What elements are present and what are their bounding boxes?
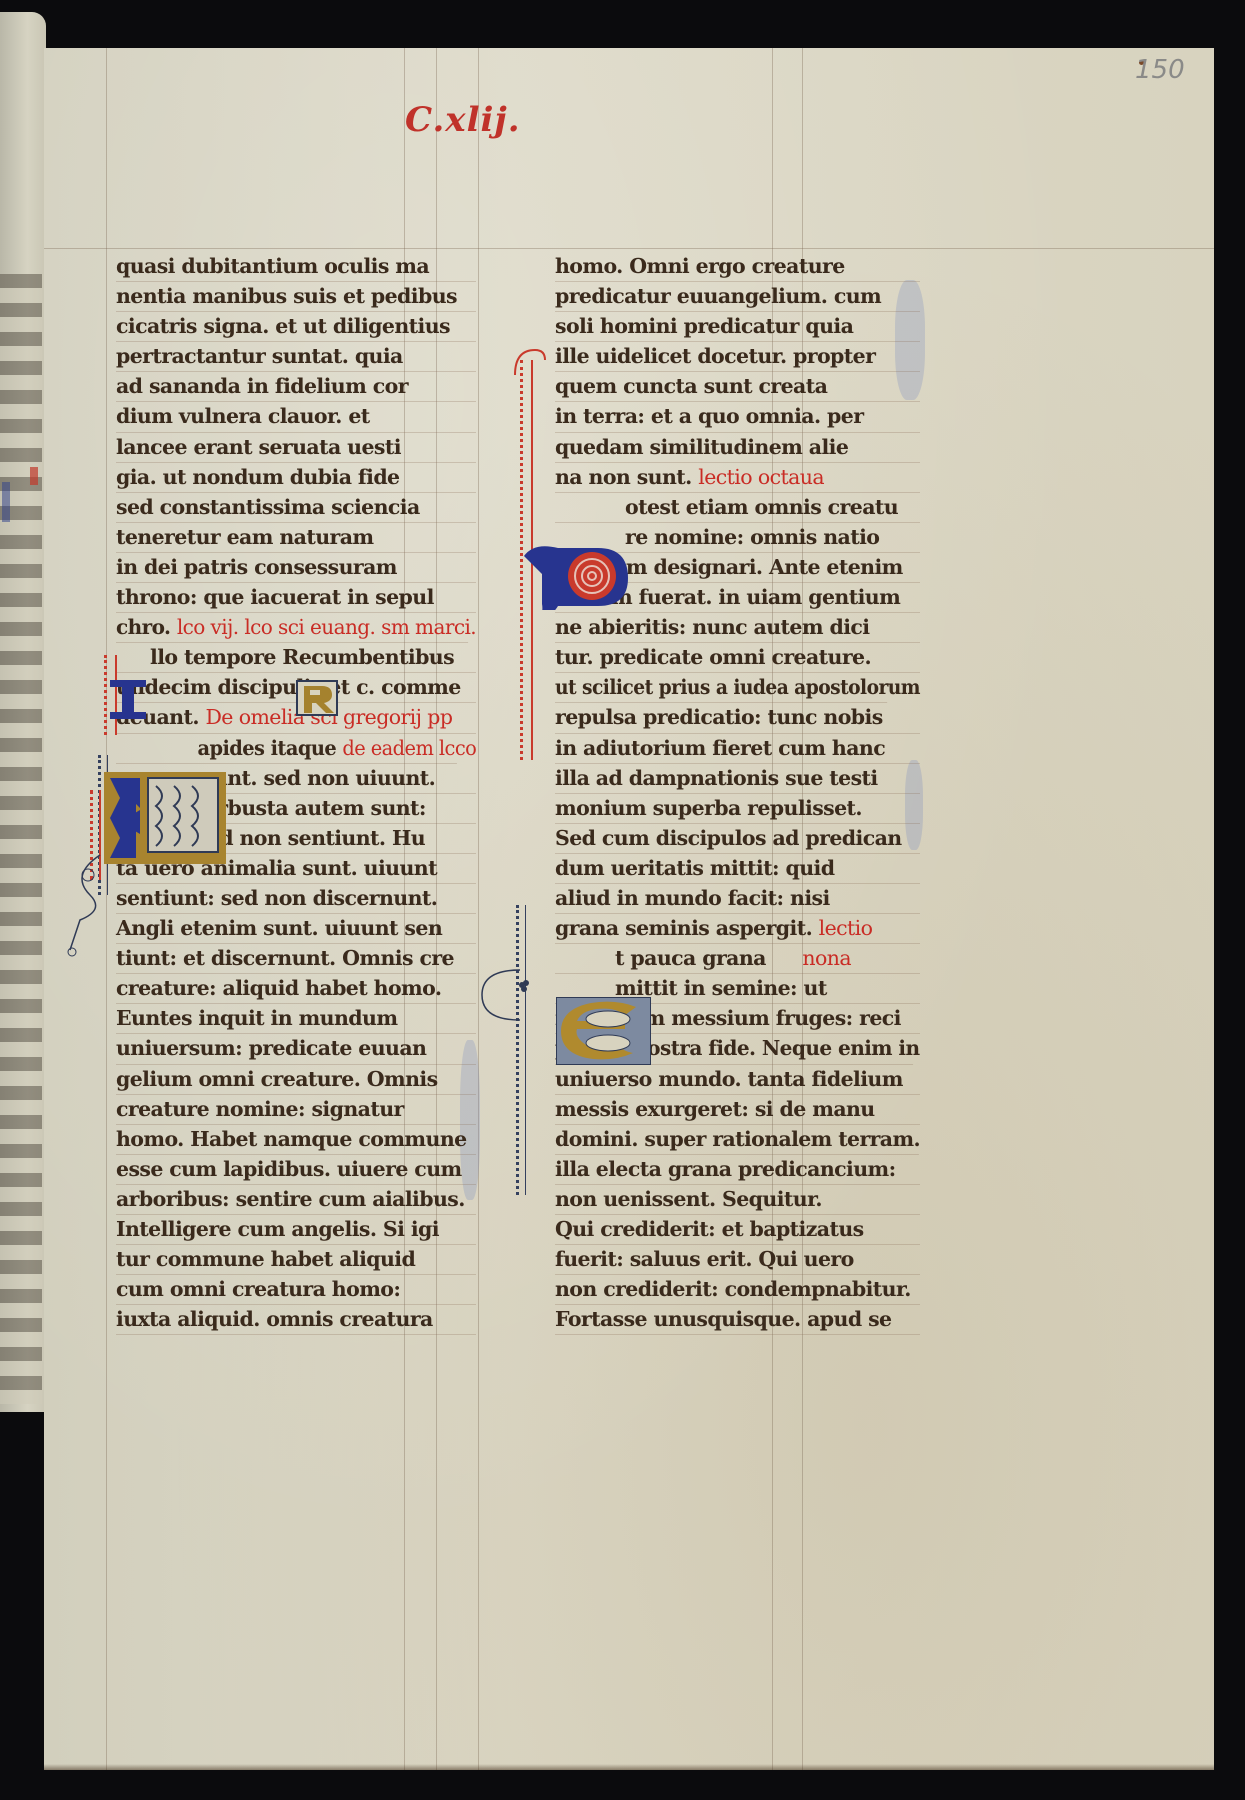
- text-line: creature: aliquid habet homo.: [116, 974, 476, 1004]
- facing-page-edge: [0, 12, 46, 1412]
- text-line: teneretur eam naturam: [116, 523, 476, 553]
- rubric-text: lco vij. lco sci euang. sm marci.: [177, 615, 476, 639]
- text-line: uniuerso mundo. tanta fidelium: [555, 1065, 920, 1095]
- text-line: homo. Omni ergo creature: [555, 252, 920, 282]
- text-line: quasi dubitantium oculis ma: [116, 252, 476, 282]
- text-line: Sed cum discipulos ad predican: [555, 824, 920, 854]
- facing-page-text-bleed: [0, 274, 42, 1404]
- text-line: non crediderit: condempnabitur.: [555, 1275, 920, 1305]
- blue-filigree-icon: [60, 850, 120, 960]
- text-line: in dei patris consessuram: [116, 553, 476, 583]
- text-line: tur. predicate omni creature.: [555, 643, 920, 673]
- text-line: creature nomine: signatur: [116, 1095, 476, 1125]
- text-fragment: grana seminis aspergit.: [555, 916, 812, 940]
- text-line-with-initial: otest etiam omnis creatu: [555, 493, 920, 523]
- text-line: domini. super rationalem terram.: [555, 1125, 919, 1155]
- text-fragment: llo tempore Recumbentibus: [150, 645, 454, 669]
- text-line: throno: que iacuerat in sepul: [116, 583, 476, 613]
- ruling-line: [44, 248, 1214, 249]
- text-line: repulsa predicatio: tunc nobis: [555, 703, 920, 733]
- text-fragment: na non sunt.: [555, 465, 692, 489]
- initial-P-blue: [520, 528, 635, 610]
- blue-filigree-icon: [480, 965, 530, 1025]
- text-fragment: chro.: [116, 615, 170, 639]
- text-line: illa electa grana predicancium:: [555, 1155, 920, 1185]
- red-penwork-flourish-top: [510, 340, 550, 380]
- ruling-line: [478, 48, 479, 1770]
- text-line: sed constantissima sciencia: [116, 493, 476, 523]
- text-line: ut scilicet prius a iudea apostolorum: [555, 673, 887, 703]
- text-line: lancee erant seruata uesti: [116, 433, 476, 463]
- text-line: quedam similitudinem alie: [555, 433, 920, 463]
- text-line: uniuersum: predicate euuan: [116, 1034, 476, 1064]
- text-line: cicatris signa. et ut diligentius: [116, 312, 476, 342]
- text-line: illa ad dampnationis sue testi: [555, 764, 920, 794]
- text-line: pertractantur suntat. quia: [116, 342, 476, 372]
- text-line: quem cuncta sunt creata: [555, 372, 920, 402]
- initial-L-illuminated: [104, 772, 226, 864]
- text-line: nentia manibus suis et pedibus: [116, 282, 476, 312]
- text-fragment: apides itaque: [197, 736, 336, 760]
- leaf-bottom-edge: [44, 1764, 1214, 1770]
- text-line: dum ueritatis mittit: quid: [555, 854, 920, 884]
- text-line: messis exurgeret: si de manu: [555, 1095, 920, 1125]
- facing-page-initial-mark: [2, 482, 10, 522]
- text-line: esse cum lapidibus. uiuere cum: [116, 1155, 476, 1185]
- text-line: tur commune habet aliquid: [116, 1245, 476, 1275]
- rubric-text: nona: [802, 946, 851, 970]
- text-line: in terra: et a quo omnia. per: [555, 402, 920, 432]
- text-line-with-initial: apides itaque de eadem lcco: [116, 734, 457, 764]
- text-line: dium vulnera clauor. et: [116, 402, 476, 432]
- text-line: sentiunt: sed non discernunt.: [116, 884, 476, 914]
- rubric-text: de eadem lcco: [342, 736, 476, 760]
- text-line: arboribus: sentire cum aialibus.: [116, 1185, 476, 1215]
- text-line: iuxta aliquid. omnis creatura: [116, 1305, 476, 1335]
- initial-E-gilded: [556, 997, 651, 1065]
- rubric-line: chro. lco vij. lco sci euang. sm marci.: [116, 613, 468, 643]
- text-line: Angli etenim sunt. uiuunt sen: [116, 914, 476, 944]
- text-line: soli homini predicatur quia: [555, 312, 920, 342]
- text-line: aliud in mundo facit: nisi: [555, 884, 920, 914]
- text-line-with-initial: t pauca grana nona: [555, 944, 920, 974]
- text-line: Qui crediderit: et baptizatus: [555, 1215, 920, 1245]
- text-line: predicatur euuangelium. cum: [555, 282, 920, 312]
- text-line: ille uidelicet docetur. propter: [555, 342, 920, 372]
- text-line: tiunt: et discernunt. Omnis cre: [116, 944, 476, 974]
- initial-I-blue: [108, 678, 148, 722]
- folio-number: 150: [1135, 55, 1185, 85]
- text-line: homo. Habet namque commune: [116, 1125, 476, 1155]
- rubric-line: grana seminis aspergit. lectio: [555, 914, 920, 944]
- blue-penwork-border: [516, 905, 526, 1195]
- text-line: ne abieritis: nunc autem dici: [555, 613, 920, 643]
- rubric-text: lectio: [819, 916, 873, 940]
- text-line: non uenissent. Sequitur.: [555, 1185, 920, 1215]
- text-line: fuerit: saluus erit. Qui uero: [555, 1245, 920, 1275]
- text-line: monium superba repulisset.: [555, 794, 920, 824]
- text-line: Fortasse unusquisque. apud se: [555, 1305, 920, 1335]
- text-line: cum omni creatura homo:: [116, 1275, 476, 1305]
- text-column-right: homo. Omni ergo creature predicatur euua…: [555, 252, 920, 1335]
- text-line-with-initial: llo tempore Recumbentibus: [116, 643, 476, 673]
- text-line: Euntes inquit in mundum: [116, 1004, 476, 1034]
- text-line: gelium omni creature. Omnis: [116, 1065, 476, 1095]
- text-fragment: t pauca grana: [615, 946, 766, 970]
- text-line: gia. ut nondum dubia fide: [116, 463, 476, 493]
- facing-page-rubric-mark: [30, 467, 38, 485]
- running-head: C.xlij.: [405, 100, 521, 140]
- text-line: ad sananda in fidelium cor: [116, 372, 476, 402]
- rubric-text: lectio octaua: [698, 465, 824, 489]
- initial-R-gilded: [296, 680, 338, 716]
- text-line: in adiutorium fieret cum hanc: [555, 734, 920, 764]
- text-line: Intelligere cum angelis. Si igi: [116, 1215, 476, 1245]
- rubric-line: na non sunt. lectio octaua: [555, 463, 920, 493]
